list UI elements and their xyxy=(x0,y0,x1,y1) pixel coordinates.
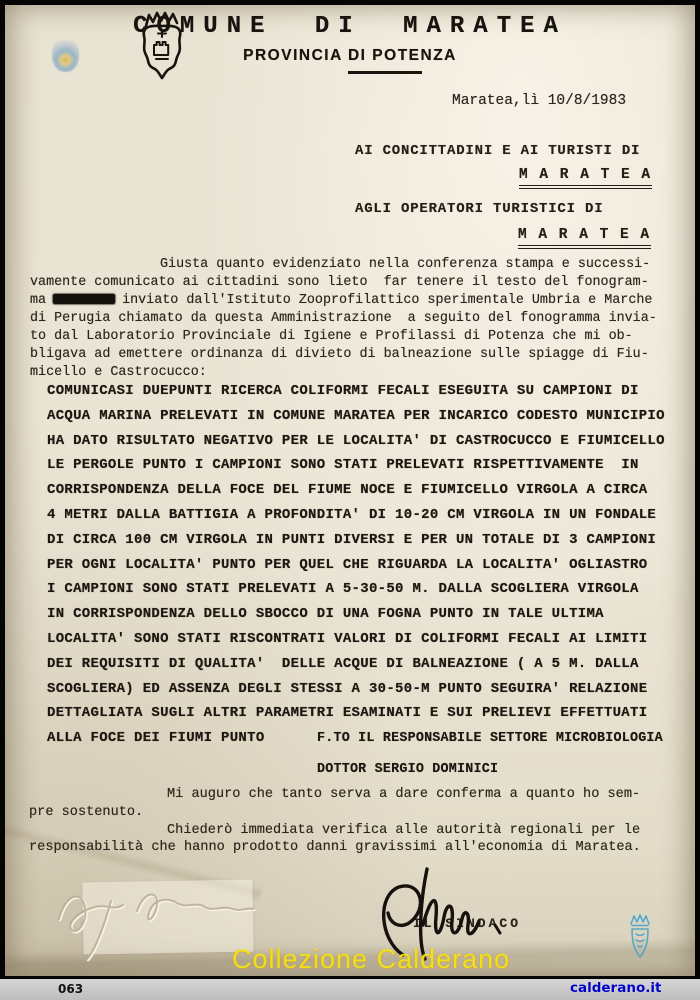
recipient-city-2: M A R A T E A xyxy=(518,227,651,249)
letterhead-rule xyxy=(348,71,422,74)
telegram-signer-title: F.TO IL RESPONSABILE SETTORE MICROBIOLOG… xyxy=(317,731,663,746)
recipient-line-operators: AGLI OPERATORI TURISTICI DI xyxy=(355,201,603,217)
telegram-line: LOCALITA' SONO STATI RISCONTRATI VALORI … xyxy=(47,627,665,652)
closing-line: Chiederò immediata verifica alle autorit… xyxy=(29,822,641,840)
closing-paragraphs: Mi auguro che tanto serva a dare conferm… xyxy=(29,786,641,857)
intro-line: bligava ad emettere ordinanza di divieto… xyxy=(30,346,657,364)
intro-line: vamente comunicato ai cittadini sono lie… xyxy=(30,274,657,292)
blue-crest-stamp-icon xyxy=(626,913,654,963)
telegram-line: IN CORRISPONDENZA DELLO SBOCCO DI UNA FO… xyxy=(47,602,665,627)
telegram-line: PER OGNI LOCALITA' PUNTO PER QUEL CHE RI… xyxy=(47,553,665,578)
closing-line: pre sostenuto. xyxy=(29,804,641,822)
recipient-city-1: M A R A T E A xyxy=(519,167,652,189)
telegram-line: LE PERGOLE PUNTO I CAMPIONI SONO STATI P… xyxy=(47,453,665,478)
telegram-line: ACQUA MARINA PRELEVATI IN COMUNE MARATEA… xyxy=(47,404,665,429)
telegram-line: COMUNICASI DUEPUNTI RICERCA COLIFORMI FE… xyxy=(47,379,665,404)
telegram-line: DI CIRCA 100 CM VIRGOLA IN PUNTI DIVERSI… xyxy=(47,528,665,553)
date-line: Maratea,lì 10/8/1983 xyxy=(452,93,626,109)
scan-footer-bar: 063 calderano.it xyxy=(0,976,700,1000)
telegram-line: HA DATO RISULTATO NEGATIVO PER LE LOCALI… xyxy=(47,429,665,454)
recipient-line-citizens: AI CONCITTADINI E AI TURISTI DI xyxy=(355,143,640,159)
intro-line: mainviato dall'Istituto Zooprofilattico … xyxy=(30,292,657,310)
collection-watermark: Collezione Calderano xyxy=(232,944,510,975)
closing-line: responsabilità che hanno prodotto danni … xyxy=(29,839,641,857)
telegram-transcript: COMUNICASI DUEPUNTI RICERCA COLIFORMI FE… xyxy=(47,379,665,751)
letterhead-subtitle: PROVINCIA DI POTENZA xyxy=(5,47,695,65)
telegram-line: SCOGLIERA) ED ASSENZA DEGLI STESSI A 30-… xyxy=(47,677,665,702)
intro-line: di Perugia chiamato da questa Amministra… xyxy=(30,310,657,328)
letterhead-title: COMUNE DI MARATEA xyxy=(5,13,695,40)
page-number: 063 xyxy=(58,982,83,996)
intro-line: to dal Laboratorio Provinciale di Igiene… xyxy=(30,328,657,346)
redaction-mark xyxy=(53,294,115,304)
telegram-signer-name: DOTTOR SERGIO DOMINICI xyxy=(317,762,498,777)
telegram-line: I CAMPIONI SONO STATI PRELEVATI A 5-30-5… xyxy=(47,577,665,602)
intro-paragraph: Giusta quanto evidenziato nella conferen… xyxy=(30,256,657,382)
paper-sheet: COMUNE DI MARATEA PROVINCIA DI POTENZA M… xyxy=(5,5,695,976)
intro-line: Giusta quanto evidenziato nella conferen… xyxy=(30,256,657,274)
site-label: calderano.it xyxy=(570,980,661,996)
telegram-line: DETTAGLIATA SUGLI ALTRI PARAMETRI ESAMIN… xyxy=(47,701,665,726)
embossed-signature xyxy=(45,871,260,963)
telegram-line: DEI REQUISITI DI QUALITA' DELLE ACQUE DI… xyxy=(47,652,665,677)
telegram-line: CORRISPONDENZA DELLA FOCE DEL FIUME NOCE… xyxy=(47,478,665,503)
scanned-letter-page: COMUNE DI MARATEA PROVINCIA DI POTENZA M… xyxy=(0,0,700,1000)
closing-line: Mi auguro che tanto serva a dare conferm… xyxy=(29,786,641,804)
telegram-line: 4 METRI DALLA BATTIGIA A PROFONDITA' DI … xyxy=(47,503,665,528)
